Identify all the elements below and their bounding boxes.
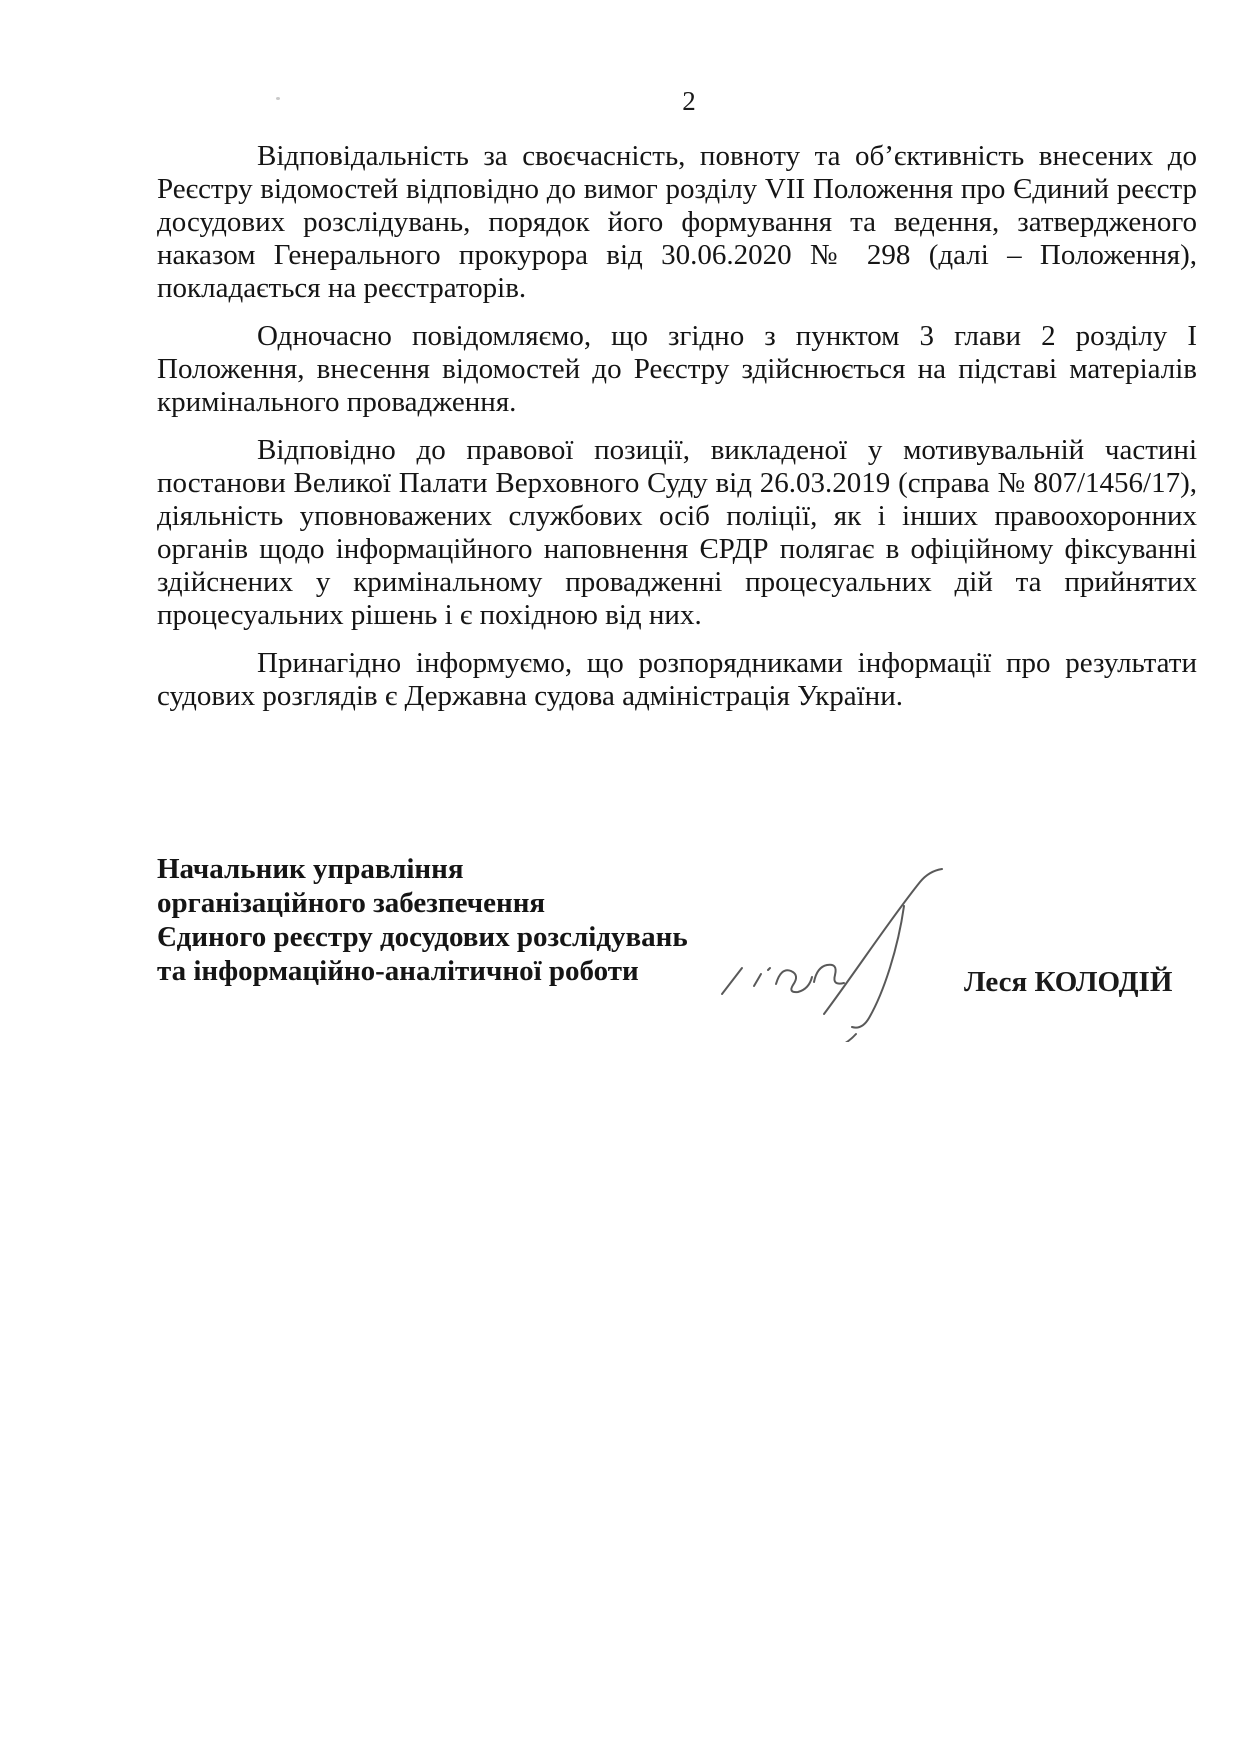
document-page: 2 Відповідальність за своєчасність, повн…	[0, 0, 1240, 1755]
signatory-title-line: та інформаційно-аналітичної роботи	[157, 954, 797, 988]
signatory-title-line: Начальник управління	[157, 852, 797, 886]
scan-speck	[276, 97, 280, 100]
paragraph-legal-position: Відповідно до правової позиції, викладен…	[157, 434, 1197, 632]
signatory-title-line: організаційного забезпечення	[157, 886, 797, 920]
paragraph-notification: Одночасно повідомляємо, що згідно з пунк…	[157, 320, 1197, 419]
paragraph-court-info: Принагідно інформуємо, що розпорядниками…	[157, 647, 1197, 713]
paragraph-responsibility: Відповідальність за своєчасність, повнот…	[157, 140, 1197, 305]
letter-body: Відповідальність за своєчасність, повнот…	[157, 140, 1197, 728]
signatory-title-line: Єдиного реєстру досудових розслідувань	[157, 920, 797, 954]
signee-name: Леся КОЛОДІЙ	[964, 966, 1172, 999]
signatory-title-block: Начальник управління організаційного заб…	[157, 852, 797, 988]
page-number: 2	[657, 86, 721, 117]
handwritten-signature-icon	[706, 852, 986, 1042]
